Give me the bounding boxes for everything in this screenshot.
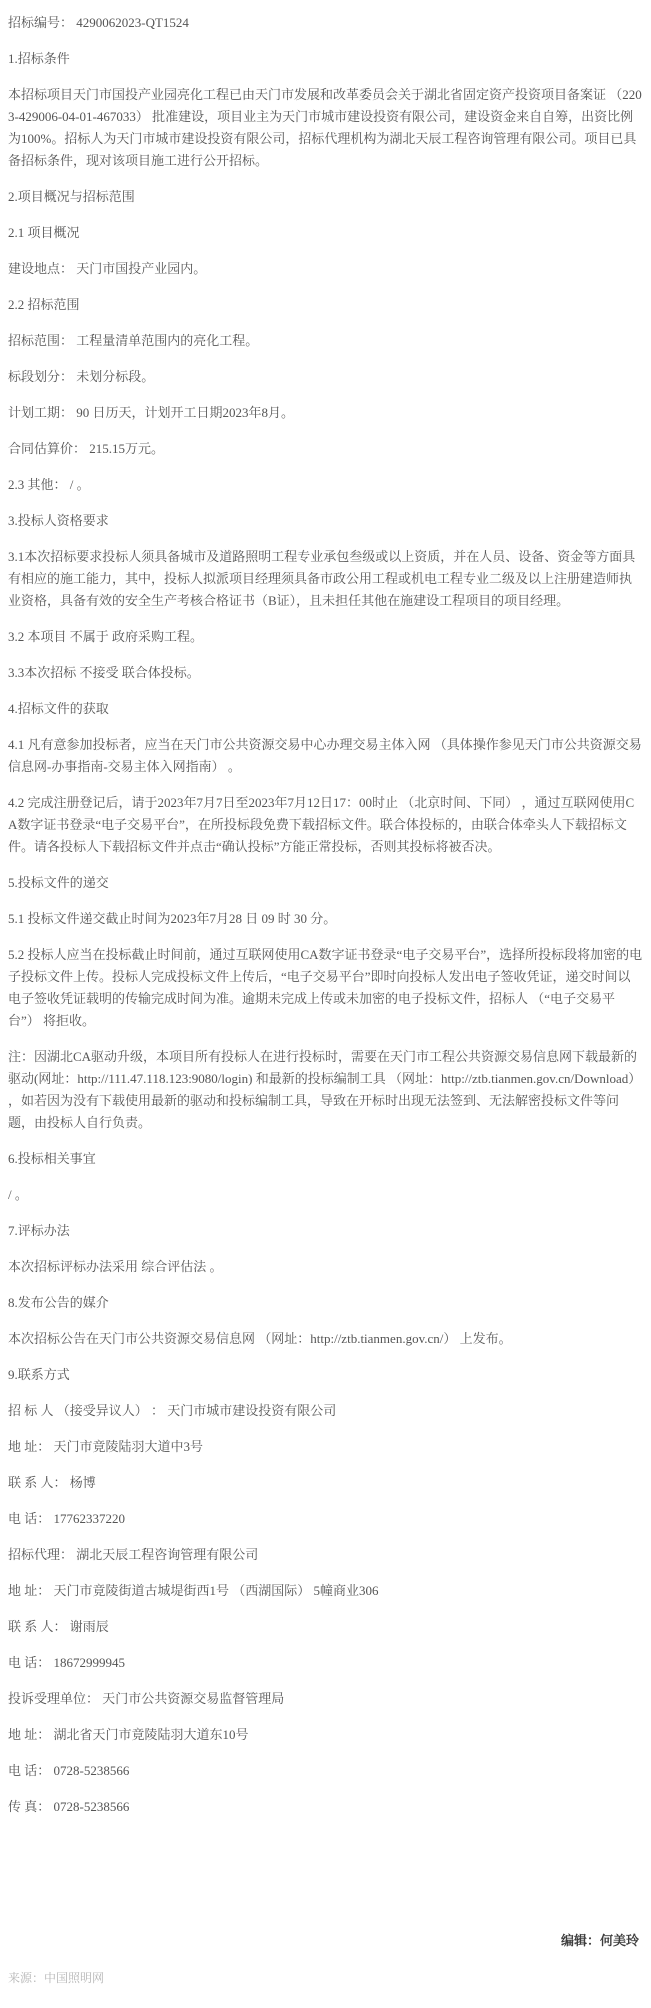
paragraph: 电 话： 17762337220 — [8, 1508, 643, 1530]
paragraph: 合同估算价： 215.15万元。 — [8, 438, 643, 460]
paragraph: 4.1 凡有意参加投标者，应当在天门市公共资源交易中心办理交易主体入网 （具体操… — [8, 734, 643, 778]
paragraph: 联 系 人： 杨博 — [8, 1472, 643, 1494]
paragraph: / 。 — [8, 1184, 643, 1206]
paragraph: 计划工期： 90 日历天，计划开工日期2023年8月。 — [8, 402, 643, 424]
tender-announcement-page: 招标编号： 4290062023-QT15241.招标条件本招标项目天门市国投产… — [0, 0, 651, 2008]
section-heading: 8.发布公告的媒介 — [8, 1292, 643, 1314]
paragraph: 5.2 投标人应当在投标截止时间前，通过互联网使用CA数字证书登录“电子交易平台… — [8, 944, 643, 1032]
section-heading: 7.评标办法 — [8, 1220, 643, 1242]
paragraph: 标段划分： 未划分标段。 — [8, 366, 643, 388]
paragraph: 传 真： 0728-5238566 — [8, 1796, 643, 1818]
paragraph: 3.2 本项目 不属于 政府采购工程。 — [8, 626, 643, 648]
section-heading: 6.投标相关事宜 — [8, 1148, 643, 1170]
paragraph: 招 标 人 （接受异议人） ： 天门市城市建设投资有限公司 — [8, 1400, 643, 1422]
paragraph: 4.2 完成注册登记后，请于2023年7月7日至2023年7月12日17：00时… — [8, 792, 643, 858]
section-heading: 3.投标人资格要求 — [8, 510, 643, 532]
paragraph: 地 址： 湖北省天门市竟陵陆羽大道东10号 — [8, 1724, 643, 1746]
paragraph: 5.1 投标文件递交截止时间为2023年7月28 日 09 时 30 分。 — [8, 908, 643, 930]
tender-number-line: 招标编号： 4290062023-QT1524 — [8, 12, 643, 34]
paragraph: 地 址： 天门市竟陵街道古城堤街西1号 （西湖国际） 5幢商业306 — [8, 1580, 643, 1602]
section-heading: 2.项目概况与招标范围 — [8, 186, 643, 208]
paragraph: 地 址： 天门市竟陵陆羽大道中3号 — [8, 1436, 643, 1458]
paragraph: 联 系 人： 谢雨辰 — [8, 1616, 643, 1638]
source-credit: 来源：中国照明网 — [8, 1968, 643, 1988]
editor-credit: 编辑：何美玲 — [8, 1930, 643, 1952]
paragraph: 电 话： 0728-5238566 — [8, 1760, 643, 1782]
announcement-body: 招标编号： 4290062023-QT15241.招标条件本招标项目天门市国投产… — [8, 12, 643, 1818]
paragraph: 建设地点： 天门市国投产业园内。 — [8, 258, 643, 280]
section-heading: 9.联系方式 — [8, 1364, 643, 1386]
paragraph: 电 话： 18672999945 — [8, 1652, 643, 1674]
paragraph: 招标范围： 工程量清单范围内的亮化工程。 — [8, 330, 643, 352]
paragraph: 投诉受理单位： 天门市公共资源交易监督管理局 — [8, 1688, 643, 1710]
paragraph: 本招标项目天门市国投产业园亮化工程已由天门市发展和改革委员会关于湖北省固定资产投… — [8, 84, 643, 172]
paragraph: 注：因湖北CA驱动升级，本项目所有投标人在进行投标时，需要在天门市工程公共资源交… — [8, 1046, 643, 1134]
section-heading: 5.投标文件的递交 — [8, 872, 643, 894]
section-heading: 1.招标条件 — [8, 48, 643, 70]
paragraph: 本次招标评标办法采用 综合评估法 。 — [8, 1256, 643, 1278]
paragraph: 招标代理： 湖北天辰工程咨询管理有限公司 — [8, 1544, 643, 1566]
section-heading: 2.1 项目概况 — [8, 222, 643, 244]
paragraph: 3.3本次招标 不接受 联合体投标。 — [8, 662, 643, 684]
paragraph: 2.3 其他： / 。 — [8, 474, 643, 496]
section-heading: 4.招标文件的获取 — [8, 698, 643, 720]
paragraph: 本次招标公告在天门市公共资源交易信息网 （网址：http://ztb.tianm… — [8, 1328, 643, 1350]
section-heading: 2.2 招标范围 — [8, 294, 643, 316]
paragraph: 3.1本次招标要求投标人须具备城市及道路照明工程专业承包叁级或以上资质，并在人员… — [8, 546, 643, 612]
